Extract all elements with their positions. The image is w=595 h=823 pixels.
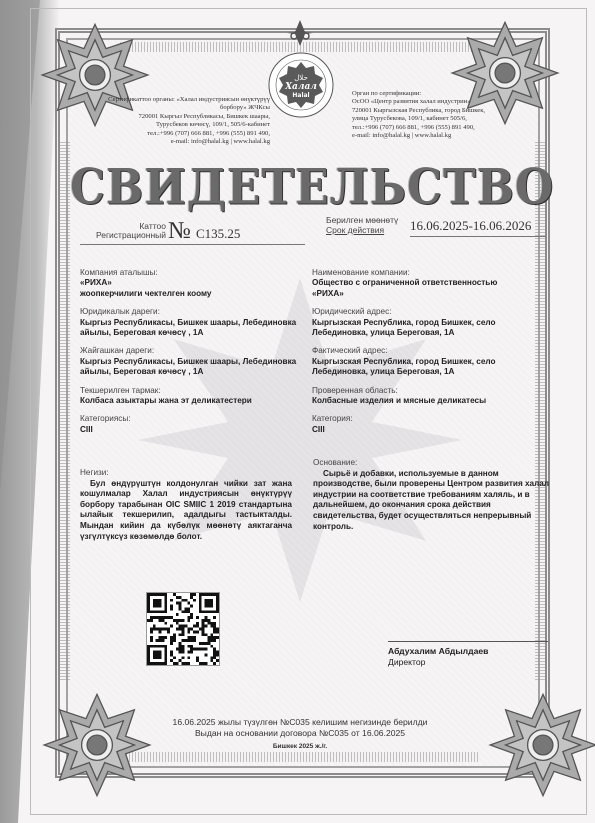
category-label-ru: Категория: xyxy=(312,414,552,424)
scope-block-ky: Текшерилген тармак: Колбаса азыктары жан… xyxy=(80,386,300,407)
category-block-ky: Категориясы: CIII xyxy=(80,414,300,435)
legal-address-block-ky: Юридикалык дареги: Кыргыз Республикасы, … xyxy=(80,307,300,338)
issuance-footer: 16.06.2025 жылы түзүлгөн №C035 келишим н… xyxy=(120,717,480,752)
signature-line xyxy=(388,641,548,642)
issuer-line: 720001 Кыргызская Республика, город Бишк… xyxy=(352,107,522,115)
basis-text-ky: Бул өндүрүштүн колдонулган чийки зат жан… xyxy=(80,479,292,543)
scope-ru: Колбасные изделия и мясные деликатесы xyxy=(312,396,552,406)
legal-address-label-ru: Юридический адрес: xyxy=(312,307,552,317)
svg-text:Халал: Халал xyxy=(284,82,317,92)
guilloche-border-left xyxy=(60,140,70,680)
registration-underline xyxy=(80,244,305,245)
basis-russian: Основание: Сырьё и добавки, используемые… xyxy=(313,458,553,532)
registration-value: C135.25 xyxy=(196,226,240,242)
scope-ky: Колбаса азыктары жана эт деликатестери xyxy=(80,396,300,406)
category-ky: CIII xyxy=(80,425,300,435)
validity-underline xyxy=(410,236,546,237)
corner-rosette-bottom-right xyxy=(488,690,595,800)
validity-label: Берилген мөөнөтү Срок действия xyxy=(326,216,398,235)
company-form-ru: Общество с ограниченной ответственностью xyxy=(312,278,552,288)
issuer-heading-russian: Орган по сертификации: xyxy=(352,90,522,98)
category-label-ky: Категориясы: xyxy=(80,414,300,424)
legal-address-ky: Кыргыз Республикасы, Бишкек шаары, Лебед… xyxy=(80,318,300,339)
scope-label-ky: Текшерилген тармак: xyxy=(80,386,300,396)
category-ru: CIII xyxy=(312,425,552,435)
issuer-contact: e-mail: info@halal.kg | www.halal.kg xyxy=(352,132,522,140)
number-sign: № xyxy=(168,218,191,245)
footer-place-year: Бишкек 2025 ж./г. xyxy=(120,741,480,752)
basis-text-ru: Сырьё и добавки, используемые в данном п… xyxy=(313,469,553,533)
basis-kyrgyz: Негизи: Бул өндүрүштүн колдонулган чийки… xyxy=(80,468,292,542)
certificate-title: СВИДЕТЕЛЬСТВО xyxy=(70,159,540,215)
svg-text:Halal: Halal xyxy=(292,92,309,99)
company-name-ky: «РИХА» xyxy=(80,278,300,288)
basis-label-ky: Негизи: xyxy=(80,468,292,479)
actual-address-ky: Кыргыз Республикасы, Бишкек шаары, Лебед… xyxy=(80,357,300,378)
signatory-name: Абдухалим Абдылдаев xyxy=(388,646,488,657)
qr-code[interactable] xyxy=(146,592,220,666)
issuer-info-russian: Орган по сертификации: ОсОО «Центр разви… xyxy=(352,90,522,140)
category-block-ru: Категория: CIII xyxy=(312,414,552,435)
scope-block-ru: Проверенная область: Колбасные изделия и… xyxy=(312,386,552,407)
legal-address-label-ky: Юридикалык дареги: xyxy=(80,307,300,317)
footer-contract-ru: Выдан на основании договора №C035 от 16.… xyxy=(120,728,480,739)
top-center-ornament-icon xyxy=(285,18,315,48)
actual-address-label-ky: Жайгашкан дареги: xyxy=(80,346,300,356)
basis-label-ru: Основание: xyxy=(313,458,553,469)
issuer-name-russian: ОсОО «Центр развития халал индустрии» xyxy=(352,98,522,106)
company-block-ky: Компания аталышы: «РИХА» жоопкерчилиги ч… xyxy=(80,268,300,299)
validity-value: 16.06.2025-16.06.2026 xyxy=(410,218,531,234)
actual-address-block-ru: Фактический адрес: Кыргызская Республика… xyxy=(312,346,552,377)
svg-text:حلال: حلال xyxy=(294,74,308,82)
company-block-ru: Наименование компании: Общество с ограни… xyxy=(312,268,552,299)
signatory-position: Директор xyxy=(388,657,488,668)
guilloche-border-bottom xyxy=(120,752,480,762)
legal-address-block-ru: Юридический адрес: Кыргызская Республика… xyxy=(312,307,552,338)
actual-address-label-ru: Фактический адрес: xyxy=(312,346,552,356)
issuer-line: улица Турусбекова, 109/1, кабинет 505/6, xyxy=(352,115,522,123)
details-kyrgyz: Компания аталышы: «РИХА» жоопкерчилиги ч… xyxy=(80,268,300,443)
issuer-line: Турусбеков көчөсү, 109/1, 505/6-кабинет xyxy=(92,121,270,129)
company-label-ky: Компания аталышы: xyxy=(80,268,300,278)
issuer-info-kyrgyz: Сертификаттоо органы: «Халал индустриясы… xyxy=(92,96,270,146)
issuer-line: тел.:+996 (707) 666 881, +996 (555) 891 … xyxy=(92,130,270,138)
legal-address-ru: Кыргызская Республика, город Бишкек, сел… xyxy=(312,318,552,339)
scope-label-ru: Проверенная область: xyxy=(312,386,552,396)
signatory: Абдухалим Абдылдаев Директор xyxy=(388,646,488,668)
company-name-ru: «РИХА» xyxy=(312,289,552,299)
company-form-ky: жоопкерчилиги чектелген коому xyxy=(80,289,300,299)
company-label-ru: Наименование компании: xyxy=(312,268,552,278)
issuer-heading-kyrgyz: Сертификаттоо органы: «Халал индустриясы… xyxy=(92,96,270,113)
validity-label-ru: Срок действия xyxy=(326,226,398,236)
issuer-line: 720001 Кыргыз Республикасы, Бишкек шаары… xyxy=(92,113,270,121)
registration-label: Каттоо Регистрационный xyxy=(80,222,166,240)
issuer-line: тел.:+996 (707) 666 881, +996 (555) 891 … xyxy=(352,124,522,132)
details-russian: Наименование компании: Общество с ограни… xyxy=(312,268,552,443)
issuer-contact: e-mail: info@halal.kg | www.halal.kg xyxy=(92,138,270,146)
halal-logo: حلال Халал Halal xyxy=(268,52,334,118)
actual-address-ru: Кыргызская Республика, город Бишкек, сел… xyxy=(312,357,552,378)
footer-contract-ky: 16.06.2025 жылы түзүлгөн №C035 келишим н… xyxy=(120,717,480,728)
registration-label-ru: Регистрационный xyxy=(80,231,166,240)
actual-address-block-ky: Жайгашкан дареги: Кыргыз Республикасы, Б… xyxy=(80,346,300,377)
